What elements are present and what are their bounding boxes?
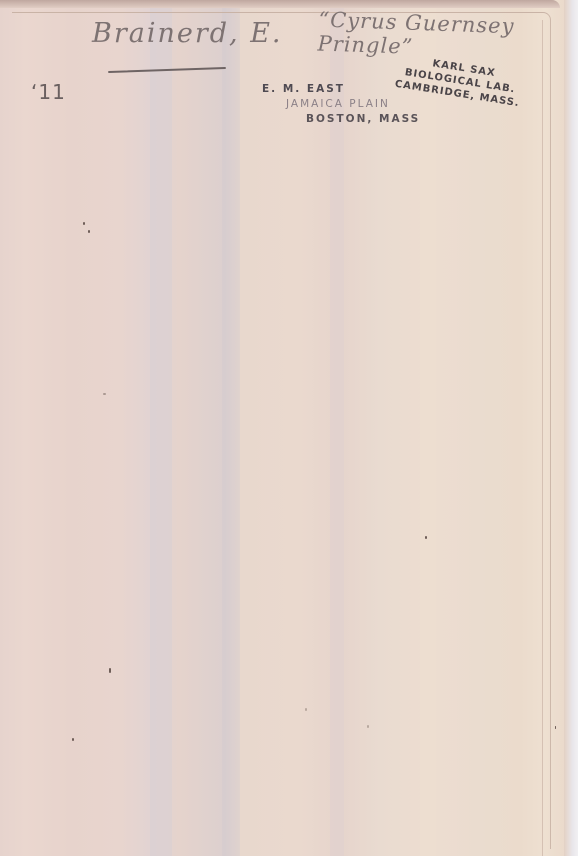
stamp-line: E. M. EAST <box>262 82 420 97</box>
paper-speck <box>88 230 90 233</box>
paper-speck <box>103 393 106 395</box>
paper-speck <box>425 536 427 539</box>
paper-speck <box>83 222 85 225</box>
stamp-line: JAMAICA PLAIN <box>262 97 420 112</box>
em-east-stamp: E. M. EAST JAMAICA PLAIN BOSTON, MASS <box>262 82 420 127</box>
paper-speck <box>367 725 369 728</box>
title-quote-handwriting: “Cyrus Guernsey Pringle” <box>317 7 578 64</box>
paper-speck <box>555 726 556 729</box>
paper-speck <box>72 738 74 741</box>
document-page: Brainerd, E. “Cyrus Guernsey Pringle” ʻ1… <box>0 0 578 856</box>
stamp-line: BOSTON, MASS <box>262 112 420 127</box>
fold-line <box>542 20 543 856</box>
folder-flap-outline <box>12 12 551 849</box>
page-right-edge <box>564 0 578 856</box>
margin-mark: ʻ11 <box>31 80 66 104</box>
paper-speck <box>305 708 307 711</box>
paper-speck <box>109 668 111 673</box>
page-top-edge <box>0 0 560 8</box>
collector-name-handwriting: Brainerd, E. <box>92 18 283 49</box>
